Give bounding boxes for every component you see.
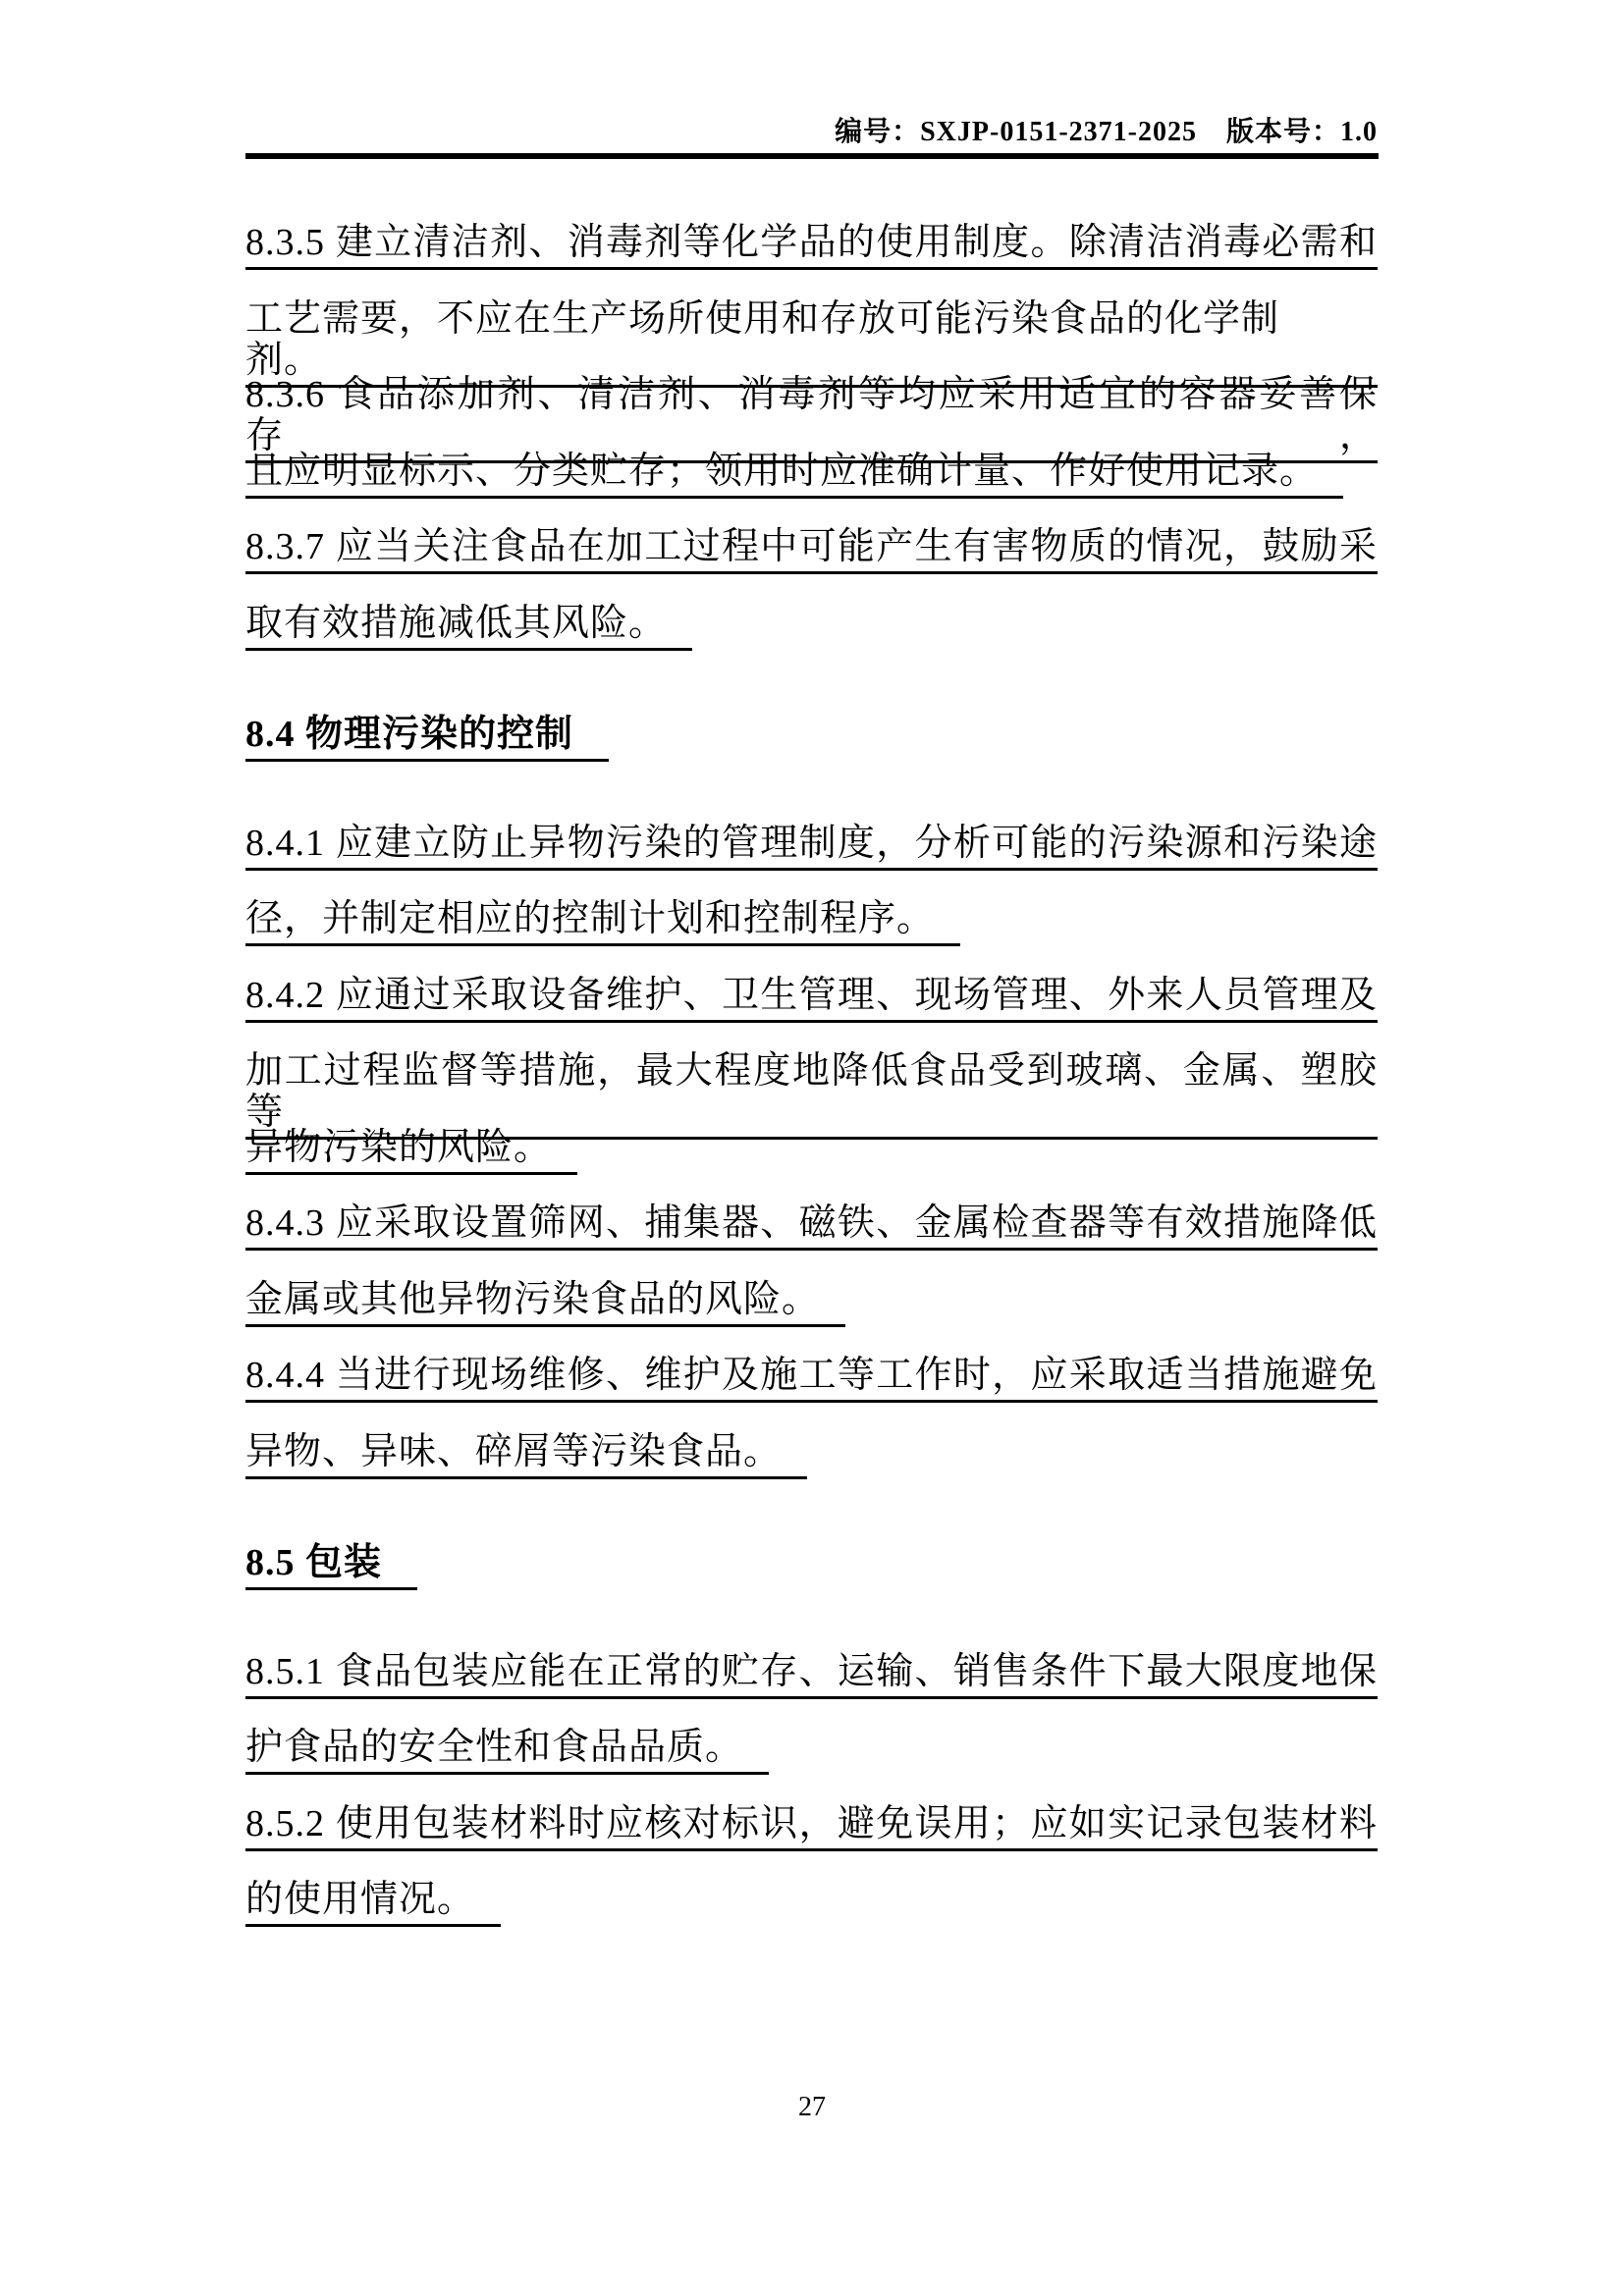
version-label: 版本号：	[1226, 117, 1340, 147]
paragraph-line: 8.4.3 应采取设置筛网、捕集器、磁铁、金属检查器等有效措施降低	[245, 1187, 1378, 1263]
paragraph-line-text: 异物污染的风险。	[245, 1127, 577, 1175]
paragraph-line-text: 金属或其他异物污染食品的风险。	[245, 1279, 845, 1327]
document-page: 编号：SXJP-0151-2371-2025版本号：1.0 8.3.5 建立清洁…	[0, 0, 1624, 2296]
paragraph-line: 异物、异味、碎屑等污染食品。	[245, 1415, 1378, 1492]
paragraph-line: 径，并制定相应的控制计划和控制程序。	[245, 882, 1378, 959]
paragraph-line-text: 8.5.1 食品包装应能在正常的贮存、运输、销售条件下最大限度地保	[245, 1651, 1378, 1699]
paragraph-line: 取有效措施减低其风险。	[245, 587, 1378, 664]
paragraph-line-text: 取有效措施减低其风险。	[245, 603, 692, 651]
version-value: 1.0	[1340, 117, 1378, 147]
paragraph-line-text: 径，并制定相应的控制计划和控制程序。	[245, 898, 960, 946]
section-heading: 8.4 物理污染的控制	[245, 698, 1378, 774]
paragraph-line: 8.4.1 应建立防止异物污染的管理制度，分析可能的污染源和污染途	[245, 807, 1378, 883]
paragraph-line-text: 8.3.5 建立清洁剂、消毒剂等化学品的使用制度。除清洁消毒必需和	[245, 222, 1378, 270]
section-heading-text: 8.4 物理污染的控制	[245, 714, 609, 762]
paragraph-line-text: 异物、异味、碎屑等污染食品。	[245, 1431, 807, 1479]
page-footer: 27	[0, 2091, 1624, 2124]
paragraph-line: 加工过程监督等措施，最大程度地降低食品受到玻璃、金属、塑胶等	[245, 1035, 1378, 1111]
document-body: 8.3.5 建立清洁剂、消毒剂等化学品的使用制度。除清洁消毒必需和工艺需要，不应…	[245, 206, 1378, 1940]
page-header: 编号：SXJP-0151-2371-2025版本号：1.0	[835, 116, 1378, 149]
paragraph-line-text: 8.4.1 应建立防止异物污染的管理制度，分析可能的污染源和污染途	[245, 823, 1378, 871]
page-number: 27	[798, 2092, 826, 2122]
paragraph-line: 护食品的安全性和食品品质。	[245, 1711, 1378, 1788]
paragraph-line-text: 护食品的安全性和食品品质。	[245, 1727, 769, 1775]
paragraph-line: 8.3.5 建立清洁剂、消毒剂等化学品的使用制度。除清洁消毒必需和	[245, 206, 1378, 283]
paragraph-line: 8.4.4 当进行现场维修、维护及施工等工作时，应采取适当措施避免	[245, 1339, 1378, 1415]
paragraph-line-text: 8.4.2 应通过采取设备维护、卫生管理、现场管理、外来人员管理及	[245, 975, 1378, 1023]
doc-code-label: 编号：	[835, 117, 920, 147]
paragraph-line: 工艺需要，不应在生产场所使用和存放可能污染食品的化学制剂。	[245, 283, 1378, 359]
paragraph-line: 8.5.1 食品包装应能在正常的贮存、运输、销售条件下最大限度地保	[245, 1635, 1378, 1712]
paragraph-line-text: 8.4.4 当进行现场维修、维护及施工等工作时，应采取适当措施避免	[245, 1355, 1378, 1403]
paragraph-line-text: 8.3.7 应当关注食品在加工过程中可能产生有害物质的情况，鼓励采	[245, 526, 1378, 574]
paragraph-line-text: 8.4.3 应采取设置筛网、捕集器、磁铁、金属检查器等有效措施降低	[245, 1202, 1378, 1251]
paragraph-line: 的使用情况。	[245, 1863, 1378, 1940]
paragraph-line: 8.5.2 使用包装材料时应核对标识，避免误用；应如实记录包装材料	[245, 1788, 1378, 1864]
paragraph-line-text: 的使用情况。	[245, 1879, 501, 1927]
paragraph-line-text: 且应明显标示、分类贮存；领用时应准确计量、作好使用记录。	[245, 451, 1343, 499]
paragraph-line: 8.4.2 应通过采取设备维护、卫生管理、现场管理、外来人员管理及	[245, 959, 1378, 1036]
header-rule	[245, 153, 1379, 159]
section-heading: 8.5 包装	[245, 1526, 1378, 1603]
doc-code-value: SXJP-0151-2371-2025	[920, 117, 1197, 147]
paragraph-line: 金属或其他异物污染食品的风险。	[245, 1263, 1378, 1340]
paragraph-line-text: 8.5.2 使用包装材料时应核对标识，避免误用；应如实记录包装材料	[245, 1803, 1378, 1851]
paragraph-line: 8.3.7 应当关注食品在加工过程中可能产生有害物质的情况，鼓励采	[245, 510, 1378, 587]
section-heading-text: 8.5 包装	[245, 1542, 417, 1590]
